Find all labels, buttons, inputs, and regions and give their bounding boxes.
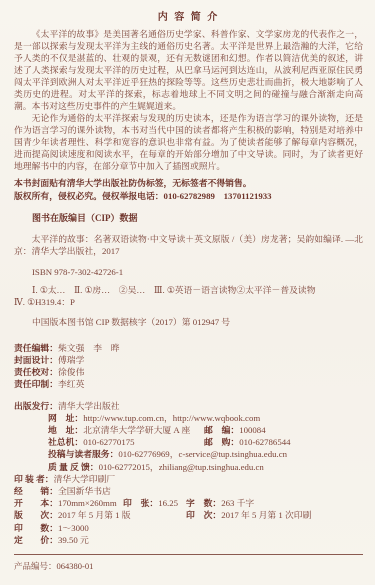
sheets-pair: 印 张：16.25 xyxy=(123,497,178,509)
distributor-name: 全国新华书店 xyxy=(58,486,111,496)
copyright-report-line: 版权所有，侵权必究。侵权举报电话：010-62782989 1370112193… xyxy=(14,190,363,203)
address-value: 北京清华大学学研大厦 A 座 xyxy=(83,425,190,435)
website-label: 网 址： xyxy=(48,413,83,423)
cip-class-line-1: Ⅰ. ①太… Ⅱ. ①房… ②吴… Ⅲ. ①英语－语言读物②太平洋－普及读物 xyxy=(14,284,363,296)
postcode-label: 邮 编： xyxy=(204,425,239,435)
anti-piracy-notice: 本书封面贴有清华大学出版社防伪标签，无标签者不得销售。 版权所有，侵权必究。侵权… xyxy=(14,177,363,202)
sheets-label: 印 张： xyxy=(123,498,158,508)
quality-feedback-label: 质 量 反 馈： xyxy=(48,462,99,472)
print-run-row: 印 数：1～3000 xyxy=(14,522,363,534)
edition-label: 版 次： xyxy=(14,510,58,520)
sheets-value: 16.25 xyxy=(158,498,178,508)
mail-order-number: 010-62786544 xyxy=(239,437,290,447)
staff-row-editor: 责任编辑：柴文强 李 晔 xyxy=(14,342,363,354)
reader-service-row: 投稿与读者服务：010-62776969，c-service@tup.tsing… xyxy=(14,448,363,460)
cip-classification: Ⅰ. ①太… Ⅱ. ①房… ②吴… Ⅲ. ①英语－语言读物②太平洋－普及读物 Ⅳ… xyxy=(14,284,363,308)
word-count-label: 字 数： xyxy=(186,498,221,508)
cip-section-header: 图书在版编目（CIP）数据 xyxy=(14,211,363,224)
printer-row: 印 装 者：清华大学印刷厂 xyxy=(14,473,363,485)
impression-value: 2017 年 5 月第 1 次印刷 xyxy=(221,510,311,520)
staff-value: 李红英 xyxy=(58,379,84,389)
staff-value: 徐俊伟 xyxy=(58,367,84,377)
cip-record-number: 中国版本图书馆 CIP 数据核字（2017）第 012947 号 xyxy=(14,316,363,328)
publisher-name: 清华大学出版社 xyxy=(58,401,120,411)
format-label: 开 本： xyxy=(14,498,58,508)
mail-order-label: 邮 购： xyxy=(204,437,239,447)
switchboard-row: 社总机：010-62770175 邮 购：010-62786544 xyxy=(14,436,363,448)
staff-value: 柴文强 李 晔 xyxy=(58,343,120,353)
printer-label: 印 装 者： xyxy=(14,474,54,484)
staff-value: 傅瑞学 xyxy=(58,355,84,365)
switchboard-label: 社总机： xyxy=(48,437,83,447)
quality-feedback-contact: 010-62772015，zhiliang@tup.tsinghua.edu.c… xyxy=(99,462,264,472)
price-label: 定 价： xyxy=(14,535,58,545)
price-value: 39.50 元 xyxy=(58,535,89,545)
word-count-pair: 字 数：263 千字 xyxy=(186,497,254,509)
print-run-value: 1～3000 xyxy=(58,523,89,533)
edition-row: 版 次：2017 年 5 月第 1 版 印 次：2017 年 5 月第 1 次印… xyxy=(14,509,363,521)
staff-row-print-supervisor: 责任印制：李红英 xyxy=(14,378,363,390)
price-row: 定 价：39.50 元 xyxy=(14,534,363,546)
staff-row-cover-design: 封面设计：傅瑞学 xyxy=(14,354,363,366)
staff-label: 责任校对： xyxy=(14,367,58,377)
edition-value: 2017 年 5 月第 1 版 xyxy=(58,510,131,520)
distributor-row: 经 销：全国新华书店 xyxy=(14,485,363,497)
printer-name: 清华大学印刷厂 xyxy=(54,474,116,484)
website-row: 网 址：http://www.tup.com.cn，http://www.wqb… xyxy=(14,412,363,424)
isbn-line: ISBN 978-7-302-42726-1 xyxy=(14,266,363,278)
mail-order-pair: 邮 购：010-62786544 xyxy=(204,436,291,448)
address-row: 地 址：北京清华大学学研大厦 A 座 邮 编：100084 xyxy=(14,424,363,436)
quality-feedback-row: 质 量 反 馈：010-62772015，zhiliang@tup.tsingh… xyxy=(14,461,363,473)
address-label: 地 址： xyxy=(48,425,83,435)
staff-label: 封面设计： xyxy=(14,355,58,365)
staff-row-proofreader: 责任校对：徐俊伟 xyxy=(14,366,363,378)
impression-pair: 印 次：2017 年 5 月第 1 次印刷 xyxy=(186,509,311,521)
website-urls: http://www.tup.com.cn，http://www.wqbook.… xyxy=(83,413,260,423)
postcode-pair: 邮 编：100084 xyxy=(204,424,266,436)
word-count-value: 263 千字 xyxy=(221,498,254,508)
cip-catalog-entry: 太平洋的故事：名著双语读物·中文导读＋英文原版 /（美）房龙著；吴韵如编译. —… xyxy=(14,233,363,257)
reader-service-contact: 010-62776969，c-service@tup.tsinghua.edu.… xyxy=(118,449,287,459)
product-number-value: 064380-01 xyxy=(57,561,94,571)
publisher-row: 出版发行：清华大学出版社 xyxy=(14,400,363,412)
product-number-label: 产品编号： xyxy=(14,561,57,571)
format-row: 开 本：170mm×260mm 印 张：16.25 字 数：263 千字 xyxy=(14,497,363,509)
book-copyright-page: 内 容 简 介 《太平洋的故事》是美国著名通俗历史学家、科普作家、文学家房龙的代… xyxy=(0,0,375,585)
product-number-footer: 产品编号：064380-01 xyxy=(14,554,363,572)
publisher-label: 出版发行： xyxy=(14,401,58,411)
print-run-label: 印 数： xyxy=(14,523,58,533)
publishing-info-block: 出版发行：清华大学出版社 网 址：http://www.tup.com.cn，h… xyxy=(14,400,363,546)
staff-label: 责任编辑： xyxy=(14,343,58,353)
cip-class-line-2: Ⅳ. ①H319.4：P xyxy=(14,296,363,308)
distributor-label: 经 销： xyxy=(14,486,58,496)
reader-service-label: 投稿与读者服务： xyxy=(48,449,118,459)
anti-counterfeit-label-line: 本书封面贴有清华大学出版社防伪标签，无标签者不得销售。 xyxy=(14,177,363,190)
summary-paragraph-2: 无论作为通俗的太平洋探索与发现的历史读本，还是作为语言学习的课外读物，还是作为语… xyxy=(14,112,363,172)
switchboard-number: 010-62770175 xyxy=(83,437,134,447)
staff-label: 责任印制： xyxy=(14,379,58,389)
summary-paragraph-1: 《太平洋的故事》是美国著名通俗历史学家、科普作家、文学家房龙的代表作之一，是一部… xyxy=(14,28,363,112)
editorial-staff-block: 责任编辑：柴文强 李 晔 封面设计：傅瑞学 责任校对：徐俊伟 责任印制：李红英 xyxy=(14,342,363,391)
impression-label: 印 次： xyxy=(186,510,221,520)
postcode-value: 100084 xyxy=(239,425,265,435)
format-value: 170mm×260mm xyxy=(58,498,117,508)
content-summary-title: 内 容 简 介 xyxy=(14,8,363,23)
